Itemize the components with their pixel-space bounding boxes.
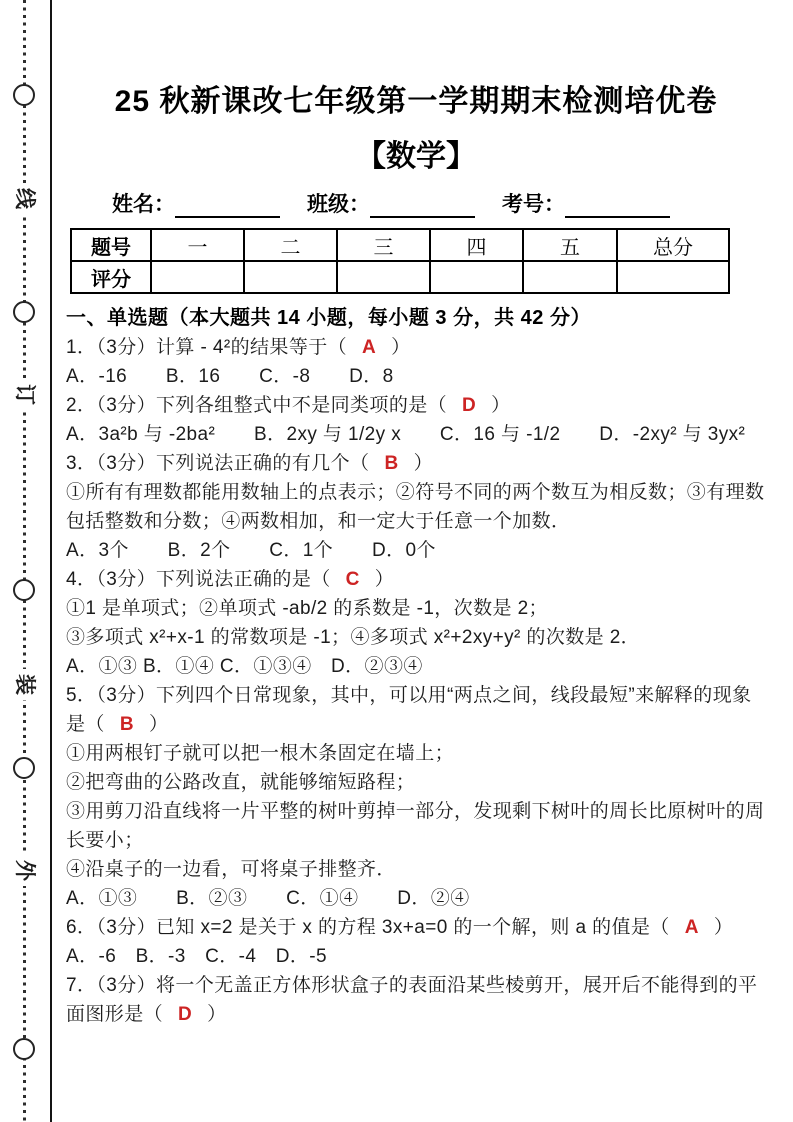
stem-text: 5．（3分）下列四个日常现象，其中，可以用“两点之间，线段最短”来解释的现象是 bbox=[66, 685, 752, 735]
question-options: A．3个 B．2个 C．1个 D．0个 bbox=[66, 536, 766, 565]
question-options: A．-6 B．-3 C．-4 D．-5 bbox=[66, 942, 766, 971]
question-5: 5．（3分）下列四个日常现象，其中，可以用“两点之间，线段最短”来解释的现象是（… bbox=[66, 681, 766, 913]
class-blank-line bbox=[370, 195, 475, 218]
answer-letter: A bbox=[685, 917, 699, 938]
answer-letter: D bbox=[462, 395, 476, 416]
question-6: 6．（3分）已知 x=2 是关于 x 的方程 3x+a=0 的一个解，则 a 的… bbox=[66, 913, 766, 971]
answer-letter: D bbox=[178, 1004, 192, 1025]
answer-letter: B bbox=[120, 714, 134, 735]
answer-group: （D） bbox=[144, 1004, 227, 1025]
score-cell bbox=[244, 261, 337, 293]
answer-letter: C bbox=[346, 569, 360, 590]
paren-open: （ bbox=[311, 569, 330, 590]
question-3: 3．（3分）下列说法正确的有几个（B） ①所有有理数都能用数轴上的点表示；②符号… bbox=[66, 449, 766, 565]
question-options: A．①③ B．①④ C．①③④ D．②③④ bbox=[66, 652, 766, 681]
binding-circle-icon bbox=[13, 757, 35, 779]
binding-solid-line bbox=[50, 0, 52, 1122]
question-stem: 6．（3分）已知 x=2 是关于 x 的方程 3x+a=0 的一个解，则 a 的… bbox=[66, 913, 766, 942]
binding-dotted-line bbox=[23, 0, 26, 1122]
question-statement: ①所有有理数都能用数轴上的点表示；②符号不同的两个数互为相反数；③有理数包括整数… bbox=[66, 478, 766, 536]
score-col-1: 一 bbox=[151, 229, 244, 261]
question-list: 1．（3分）计算 - 4²的结果等于（A） A．-16 B．16 C．-8 D．… bbox=[66, 333, 766, 1029]
score-table-header-row: 题号 一 二 三 四 五 总分 bbox=[71, 229, 729, 261]
paren-close: ） bbox=[207, 1004, 226, 1025]
binding-char-ding: 订 bbox=[9, 379, 40, 410]
subject-title: 【数学】 bbox=[66, 131, 766, 175]
paren-close: ） bbox=[391, 337, 410, 358]
score-col-label: 题号 bbox=[71, 229, 151, 261]
question-7: 7．（3分）将一个无盖正方体形状盒子的表面沿某些棱剪开，展开后不能得到的平面图形… bbox=[66, 971, 766, 1029]
score-cell bbox=[617, 261, 729, 293]
binding-char-zhuang: 装 bbox=[9, 669, 40, 700]
exam-paper: 25 秋新课改七年级第一学期期末检测培优卷 【数学】 姓名： 班级： 考号： 题… bbox=[66, 0, 766, 1029]
stem-text: 2．（3分）下列各组整式中不是同类项的是 bbox=[66, 395, 428, 416]
question-stem: 3．（3分）下列说法正确的有几个（B） bbox=[66, 449, 766, 478]
binding-circle-icon bbox=[13, 301, 35, 323]
score-col-3: 三 bbox=[337, 229, 430, 261]
name-label: 姓名： bbox=[112, 188, 175, 218]
question-stem: 5．（3分）下列四个日常现象，其中，可以用“两点之间，线段最短”来解释的现象是（… bbox=[66, 681, 766, 739]
answer-group: （A） bbox=[328, 337, 411, 358]
question-statement: ①1 是单项式；②单项式 -ab/2 的系数是 -1，次数是 2； bbox=[66, 594, 766, 623]
paren-close: ） bbox=[491, 395, 510, 416]
score-col-2: 二 bbox=[244, 229, 337, 261]
exam-no-field: 考号： bbox=[502, 188, 670, 218]
answer-group: （C） bbox=[311, 569, 394, 590]
score-table-score-row: 评分 bbox=[71, 261, 729, 293]
question-statement: ④沿桌子的一边看，可将桌子排整齐． bbox=[66, 855, 766, 884]
paren-open: （ bbox=[328, 337, 347, 358]
answer-group: （B） bbox=[85, 714, 168, 735]
answer-letter: A bbox=[362, 337, 376, 358]
score-cell bbox=[337, 261, 430, 293]
question-2: 2．（3分）下列各组整式中不是同类项的是（D） A．3a²b 与 -2ba² B… bbox=[66, 391, 766, 449]
answer-group: （D） bbox=[428, 395, 511, 416]
question-stem: 4．（3分）下列说法正确的是（C） bbox=[66, 565, 766, 594]
binding-char-xian: 线 bbox=[9, 183, 40, 214]
question-stem: 2．（3分）下列各组整式中不是同类项的是（D） bbox=[66, 391, 766, 420]
binding-circle-icon bbox=[13, 579, 35, 601]
stem-text: 3．（3分）下列说法正确的有几个 bbox=[66, 453, 350, 474]
binding-char-wai: 外 bbox=[9, 855, 40, 886]
stem-text: 4．（3分）下列说法正确的是 bbox=[66, 569, 311, 590]
binding-circle-icon bbox=[13, 1038, 35, 1060]
score-row-label: 评分 bbox=[71, 261, 151, 293]
stem-text: 6．（3分）已知 x=2 是关于 x 的方程 3x+a=0 的一个解，则 a 的… bbox=[66, 917, 650, 938]
question-options: A．-16 B．16 C．-8 D．8 bbox=[66, 362, 766, 391]
page-title: 25 秋新课改七年级第一学期期末检测培优卷 bbox=[66, 76, 766, 120]
score-col-total: 总分 bbox=[617, 229, 729, 261]
score-col-4: 四 bbox=[430, 229, 523, 261]
answer-group: （B） bbox=[350, 453, 433, 474]
paren-close: ） bbox=[414, 453, 433, 474]
name-field: 姓名： bbox=[112, 188, 280, 218]
stem-text: 1．（3分）计算 - 4²的结果等于 bbox=[66, 337, 328, 358]
class-field: 班级： bbox=[307, 188, 475, 218]
question-statement: ③用剪刀沿直线将一片平整的树叶剪掉一部分，发现剩下树叶的周长比原树叶的周长要小； bbox=[66, 797, 766, 855]
paren-open: （ bbox=[350, 453, 369, 474]
question-statement: ①用两根钉子就可以把一根木条固定在墙上； bbox=[66, 739, 766, 768]
paren-open: （ bbox=[144, 1004, 163, 1025]
question-statement: ②把弯曲的公路改直，就能够缩短路程； bbox=[66, 768, 766, 797]
question-stem: 7．（3分）将一个无盖正方体形状盒子的表面沿某些棱剪开，展开后不能得到的平面图形… bbox=[66, 971, 766, 1029]
question-1: 1．（3分）计算 - 4²的结果等于（A） A．-16 B．16 C．-8 D．… bbox=[66, 333, 766, 391]
paren-close: ） bbox=[714, 917, 733, 938]
name-blank-line bbox=[175, 195, 280, 218]
binding-circle-icon bbox=[13, 84, 35, 106]
paren-close: ） bbox=[149, 714, 168, 735]
class-label: 班级： bbox=[307, 188, 370, 218]
question-options: A．3a²b 与 -2ba² B．2xy 与 1/2y x C．16 与 -1/… bbox=[66, 420, 766, 449]
question-options: A．①③ B．②③ C．①④ D．②④ bbox=[66, 884, 766, 913]
answer-letter: B bbox=[384, 453, 398, 474]
binding-margin: 线 订 装 外 bbox=[0, 0, 52, 1122]
question-statement: ③多项式 x²+x-1 的常数项是 -1；④多项式 x²+2xy+y² 的次数是… bbox=[66, 623, 766, 652]
section-heading: 一、单选题（本大题共 14 小题，每小题 3 分，共 42 分） bbox=[66, 301, 766, 330]
exam-no-blank-line bbox=[565, 195, 670, 218]
score-col-5: 五 bbox=[523, 229, 617, 261]
paren-open: （ bbox=[428, 395, 447, 416]
score-table: 题号 一 二 三 四 五 总分 评分 bbox=[70, 228, 730, 294]
question-stem: 1．（3分）计算 - 4²的结果等于（A） bbox=[66, 333, 766, 362]
question-4: 4．（3分）下列说法正确的是（C） ①1 是单项式；②单项式 -ab/2 的系数… bbox=[66, 565, 766, 681]
paren-close: ） bbox=[375, 569, 394, 590]
paren-open: （ bbox=[650, 917, 669, 938]
answer-group: （A） bbox=[650, 917, 733, 938]
score-cell bbox=[430, 261, 523, 293]
exam-no-label: 考号： bbox=[502, 188, 565, 218]
paren-open: （ bbox=[85, 714, 104, 735]
score-cell bbox=[151, 261, 244, 293]
score-cell bbox=[523, 261, 617, 293]
student-info-row: 姓名： 班级： 考号： bbox=[112, 188, 766, 218]
